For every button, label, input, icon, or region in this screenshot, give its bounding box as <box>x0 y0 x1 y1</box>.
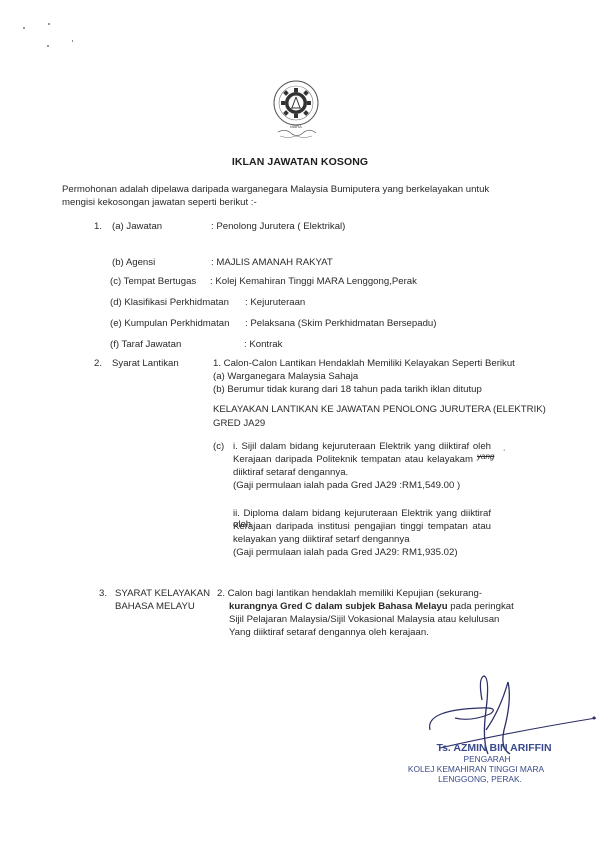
mara-crest-logo: MARA <box>266 76 326 142</box>
field-label-agensi: (b) Agensi <box>112 257 155 268</box>
section-2-number: 2. <box>94 358 102 369</box>
option-ii-line-2: Kerajaan daripada institusi pengajian ti… <box>233 521 491 532</box>
option-ii-line-3: kelayakan yang diiktiraf setarf denganny… <box>233 534 410 545</box>
section-3-line-3: Sijil Pelajaran Malaysia/Sijil Vokasiona… <box>229 614 499 625</box>
svg-text:MARA: MARA <box>290 124 302 129</box>
signature-stamp: Ts. AZMIN BIN ARIFFIN PENGARAH KOLEJ KEM… <box>386 742 566 784</box>
field-value-klasifikasi: : Kejuruteraan <box>245 297 305 308</box>
signatory-name: Ts. AZMIN BIN ARIFFIN <box>422 742 566 754</box>
scan-mark: ˙ <box>503 449 506 460</box>
intro-line-1: Permohonan adalah dipelawa daripada warg… <box>62 184 489 195</box>
intro-line-2: mengisi kekosongan jawatan seperti berik… <box>62 197 257 208</box>
signatory-institution: KOLEJ KEMAHIRAN TINGGI MARA <box>386 764 566 774</box>
scan-speck <box>47 45 49 47</box>
scan-speck <box>23 27 25 29</box>
scan-speck <box>72 40 73 42</box>
field-value-tempat: : Kolej Kemahiran Tinggi MARA Lenggong,P… <box>210 276 417 287</box>
scan-speck <box>48 23 50 25</box>
option-i-line-1: i. Sijil dalam bidang kejuruteraan Elekt… <box>233 441 491 452</box>
mara-crest-icon: MARA <box>266 76 326 142</box>
section-2-heading: 1. Calon-Calon Lantikan Hendaklah Memili… <box>213 358 515 369</box>
option-i-salary: (Gaji permulaan ialah pada Gred JA29 :RM… <box>233 480 460 491</box>
field-label-kumpulan: (e) Kumpulan Perkhidmatan <box>110 318 229 329</box>
qualification-heading-2: GRED JA29 <box>213 418 265 429</box>
page-title: IKLAN JAWATAN KOSONG <box>0 156 600 168</box>
sub-label-c: (c) <box>213 441 224 452</box>
field-label-klasifikasi: (d) Klasifikasi Perkhidmatan <box>110 297 229 308</box>
section-1-number: 1. <box>94 221 102 232</box>
option-ii-salary: (Gaji permulaan ialah pada Gred JA29: RM… <box>233 547 458 558</box>
section-3-label-1: SYARAT KELAYAKAN <box>115 588 210 599</box>
qualification-heading-1: KELAYAKAN LANTIKAN KE JAWATAN PENOLONG J… <box>213 404 546 415</box>
section-3-line-2: kurangnya Gred C dalam subjek Bahasa Mel… <box>229 601 514 612</box>
requirement-a: (a) Warganegara Malaysia Sahaja <box>213 371 358 382</box>
signatory-location: LENGGONG, PERAK. <box>394 774 566 784</box>
field-value-taraf: : Kontrak <box>244 339 282 350</box>
section-3-line-1: 2. Calon bagi lantikan hendaklah memilik… <box>217 588 482 599</box>
requirement-b: (b) Berumur tidak kurang dari 18 tahun p… <box>213 384 482 395</box>
field-value-jawatan: : Penolong Jurutera ( Elektrikal) <box>211 221 345 232</box>
field-label-jawatan: (a) Jawatan <box>112 221 162 232</box>
option-i-line-2: Kerajaan daripada Politeknik tempatan at… <box>233 454 473 465</box>
section-3-label-2: BAHASA MELAYU <box>115 601 195 612</box>
signatory-position: PENGARAH <box>408 754 566 764</box>
field-label-taraf: (f) Taraf Jawatan <box>110 339 181 350</box>
section-3-number: 3. <box>99 588 107 599</box>
section-3-line-4: Yang diiktiraf setaraf dengannya oleh ke… <box>229 627 429 638</box>
section-3-line-2-rest: pada peringkat <box>448 601 514 612</box>
field-label-tempat: (c) Tempat Bertugas <box>110 276 196 287</box>
handwritten-correction: yang <box>477 452 494 461</box>
option-i-line-3: diiktiraf setaraf dengannya. <box>233 467 348 478</box>
field-value-kumpulan: : Pelaksana (Skim Perkhidmatan Bersepadu… <box>245 318 436 329</box>
section-3-bold-text: kurangnya Gred C dalam subjek Bahasa Mel… <box>229 601 448 612</box>
field-value-agensi: : MAJLIS AMANAH RAKYAT <box>211 257 333 268</box>
section-2-label: Syarat Lantikan <box>112 358 179 369</box>
